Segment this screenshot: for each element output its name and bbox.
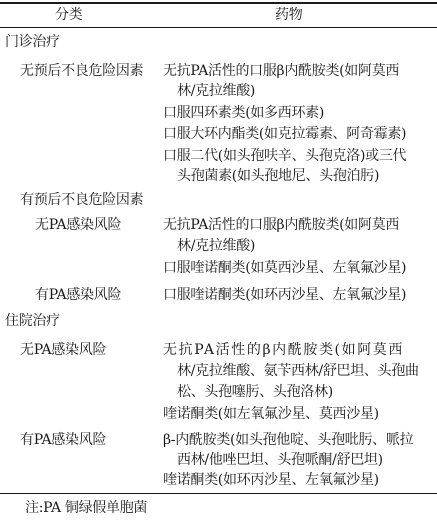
drug-line: 松、头孢噻肟、头孢洛林) [177,382,333,402]
drug-line: 喹诺酮类(如左氧氟沙星、莫西沙星) [163,404,379,424]
drug-line: 林/克拉维酸、氨苄西林/舒巴坦、头孢曲 [177,361,419,381]
drug-line: 林/克拉维酸) [177,81,255,101]
drug-line: 喹诺酮类(如环丙沙星、左氧氟沙星) [163,470,379,490]
drug-line: 无抗PA活性的口服β内酰胺类(如阿莫西 [163,61,399,81]
table-top-rule [0,2,437,4]
drug-line: 林/克拉维酸) [177,236,255,256]
category-inpatient-no-pa: 无PA感染风险 [20,340,106,360]
drug-line: β-内酰胺类(如头孢他啶、头孢吡肟、哌拉 [163,430,413,450]
table-bottom-rule [0,493,437,494]
drug-line: 口服大环内酯类(如克拉霉素、阿奇霉素) [163,124,406,144]
drug-line: 口服喹诺酮类(如莫西沙星、左氧氟沙星) [163,258,406,278]
drug-line: 无抗PA活性的口服β内酰胺类(如阿莫西 [163,215,399,235]
category-outpatient: 门诊治疗 [5,32,60,52]
header-drugs: 药物 [275,5,302,25]
category-inpatient-with-pa: 有PA感染风险 [20,430,106,450]
drug-line: 无抗PA活性的β内酰胺类(如阿莫西 [163,340,404,360]
drug-line: 西林/他唑巴坦、头孢哌酮/舒巴坦) [177,450,383,470]
header-category: 分类 [55,5,82,25]
category-with-pa: 有PA感染风险 [35,285,121,305]
drug-line: 口服四环素类(如多西环素) [163,103,324,123]
category-inpatient: 住院治疗 [5,311,60,331]
footnote: 注:PA 铜绿假单胞菌 [25,498,147,518]
category-with-risk: 有预后不良危险因素 [20,190,143,210]
drug-line: 口服二代(如头孢呋辛、头孢克洛)或三代 [163,146,406,166]
table-header-rule [0,27,437,28]
drug-line: 口服喹诺酮类(如环丙沙星、左氧氟沙星) [163,285,406,305]
drug-line: 头孢菌素(如头孢地尼、头孢泊肟) [177,166,379,186]
category-no-risk: 无预后不良危险因素 [20,61,143,81]
category-no-pa: 无PA感染风险 [35,215,121,235]
